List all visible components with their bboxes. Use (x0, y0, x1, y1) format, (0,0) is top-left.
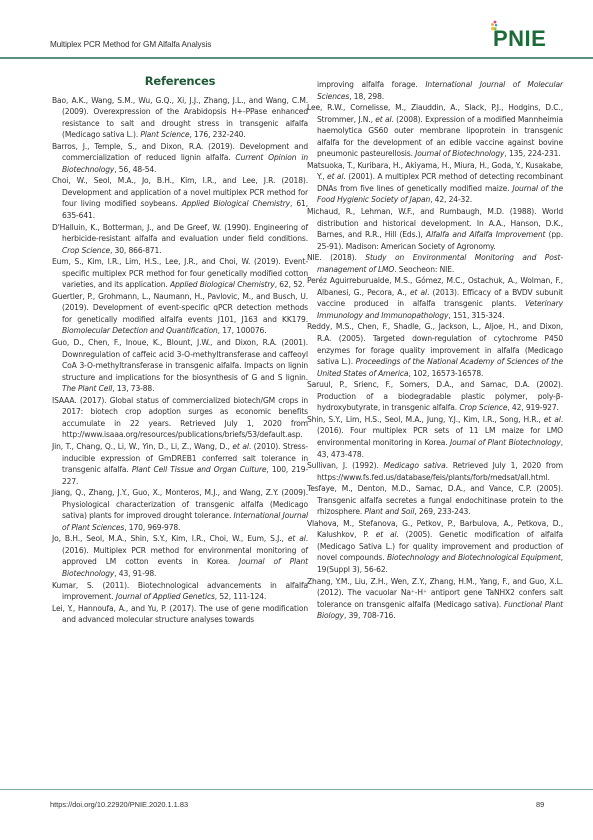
reference-italic-text: Plant Science (140, 130, 189, 139)
reference-entry: Saruul, P., Srienc, F., Somers, D.A., an… (307, 379, 563, 414)
reference-entry: Guo, D., Chen, F., Inoue, K., Blount, J.… (52, 337, 308, 395)
reference-italic-text: et al (327, 172, 343, 181)
reference-entry: Shin, S.Y., Lim, H.S., Seol, M.A., Jung,… (307, 414, 563, 460)
reference-italic-text: Crop Science (62, 246, 110, 255)
reference-text: Sullivan, J. (1992). (307, 461, 384, 470)
reference-italic-text: Medicago sativa (384, 461, 446, 470)
reference-text: , 42, 919-927. (507, 403, 558, 412)
reference-text: . Seocheon: NIE. (394, 265, 454, 274)
reference-entry: Jiang, Q., Zhang, J.Y., Guo, X., Montero… (52, 487, 308, 533)
reference-entry: Lee, R.W., Cornelisse, M., Ziauddin, A.,… (307, 102, 563, 160)
reference-entry: ISAAA. (2017). Global status of commerci… (52, 395, 308, 441)
reference-text: , 30, 866-871. (110, 246, 161, 255)
reference-text: Guo, D., Chen, F., Inoue, K., Blount, J.… (52, 338, 308, 382)
reference-italic-text: Journal of Applied Genetics (116, 592, 215, 601)
footer-rule (0, 789, 593, 790)
header-rule (0, 57, 593, 59)
reference-text: , 151, 315-324. (448, 311, 504, 320)
reference-text: , 17, 100076. (218, 326, 267, 335)
reference-entry: Jo, B.H., Seol, M.A., Shin, S.Y., Kim, I… (52, 533, 308, 579)
doi-link[interactable]: https://doi.org/10.22920/PNIE.2020.1.1.8… (50, 800, 188, 809)
reference-entry: Peréz Aguirreburualde, M.S., Gómez, M.C.… (307, 275, 563, 321)
reference-italic-text: Plant and Soil (364, 507, 414, 516)
reference-italic-text: et al (288, 534, 306, 543)
reference-entry: Michaud, R., Lehman, W.F., and Rumbaugh,… (307, 206, 563, 252)
reference-text: , 176, 232-240. (189, 130, 245, 139)
journal-logo: PNIE (487, 20, 547, 56)
reference-entry: Reddy, M.S., Chen, F., Shadle, G., Jacks… (307, 321, 563, 379)
references-column-right: improving alfalfa forage. International … (307, 79, 563, 622)
reference-entry: Jin, T., Chang, Q., Li, W., Yin, D., Li,… (52, 441, 308, 487)
section-title: References (52, 76, 308, 88)
reference-italic-text: et al (410, 288, 427, 297)
reference-italic-text: Alfalfa and Alfalfa Improvement (426, 230, 545, 239)
reference-entry: improving alfalfa forage. International … (307, 79, 563, 102)
reference-text: D'Halluin, K., Botterman, J., and De Gre… (52, 223, 308, 244)
reference-italic-text: Journal of Biotechnology (415, 149, 504, 158)
reference-entry: Tesfaye, M., Denton, M.D., Samac, D.A., … (307, 483, 563, 518)
reference-text: Jin, T., Chang, Q., Li, W., Yin, D., Li,… (52, 442, 232, 451)
reference-text: improving alfalfa forage. (317, 80, 425, 89)
reference-text: ISAAA. (2017). Global status of commerci… (52, 396, 308, 440)
reference-text: , 102, 16573-16578. (408, 369, 483, 378)
reference-italic-text: Applied Biological Chemistry (170, 280, 275, 289)
reference-text: Jo, B.H., Seol, M.A., Shin, S.Y., Kim, I… (52, 534, 288, 543)
reference-entry: Zhang, Y.M., Liu, Z.H., Wen, Z.Y., Zhang… (307, 576, 563, 622)
reference-entry: Guertler, P., Grohmann, L., Naumann, H.,… (52, 291, 308, 337)
reference-entry: Choi, W., Seol, M.A., Jo, B.H., Kim, I.R… (52, 175, 308, 221)
reference-text: Lei, Y., Hannoufa, A., and Yu, P. (2017)… (52, 604, 308, 625)
reference-entry: Matsuoka, T., Kuribara, H., Akiyama, H.,… (307, 160, 563, 206)
reference-italic-text: et al (544, 415, 561, 424)
reference-entry: Vlahova, M., Stefanova, G., Petkov, P., … (307, 518, 563, 576)
reference-text: NIE. (2018). (307, 253, 365, 262)
reference-italic-text: et al (376, 530, 397, 539)
reference-text: , 42, 24-32. (430, 195, 472, 204)
reference-italic-text: The Plant Cell (62, 384, 112, 393)
reference-italic-text: Biotechnology and Biotechnological Equip… (387, 553, 561, 562)
reference-entry: Kumar, S. (2011). Biotechnological advan… (52, 580, 308, 603)
reference-list-left: Bao, A.K., Wang, S.M., Wu, G.Q., Xi, J.J… (52, 95, 308, 626)
reference-entry: Barros, J., Temple, S., and Dixon, R.A. … (52, 141, 308, 176)
reference-entry: Lei, Y., Hannoufa, A., and Yu, P. (2017)… (52, 603, 308, 626)
reference-text: Guertler, P., Grohmann, L., Naumann, H.,… (52, 292, 308, 324)
reference-text: , 56, 48-54. (114, 165, 156, 174)
logo-text: PNIE (493, 26, 546, 52)
reference-text: , 135, 224-231. (504, 149, 560, 158)
reference-entry: Bao, A.K., Wang, S.M., Wu, G.Q., Xi, J.J… (52, 95, 308, 141)
reference-text: Shin, S.Y., Lim, H.S., Seol, M.A., Jung,… (307, 415, 544, 424)
reference-italic-text: Plant Cell Tissue and Organ Culture (132, 465, 267, 474)
running-title: Multiplex PCR Method for GM Alfalfa Anal… (50, 40, 211, 49)
reference-italic-text: Applied Biological Chemistry (182, 199, 290, 208)
reference-text: , 269, 233-243. (414, 507, 470, 516)
reference-italic-text: Crop Science (459, 403, 507, 412)
page-number: 89 (536, 800, 544, 809)
reference-italic-text: et al (375, 115, 391, 124)
reference-entry: Eum, S., Kim, I.R., Lim, H.S., Lee, J.R.… (52, 256, 308, 291)
reference-text: , 170, 969-978. (124, 523, 180, 532)
reference-list-right: improving alfalfa forage. International … (307, 79, 563, 622)
reference-entry: NIE. (2018). Study on Environmental Moni… (307, 252, 563, 275)
reference-italic-text: Journal of Plant Biotechnology (450, 438, 561, 447)
reference-italic-text: Biomolecular Detection and Quantificatio… (62, 326, 218, 335)
reference-text: , 39, 708-716. (344, 611, 395, 620)
reference-text: , 43, 91-98. (114, 569, 156, 578)
page-header: Multiplex PCR Method for GM Alfalfa Anal… (0, 0, 593, 58)
reference-text: , 13, 73-88. (112, 384, 154, 393)
reference-entry: Sullivan, J. (1992). Medicago sativa. Re… (307, 460, 563, 483)
reference-italic-text: et al (232, 442, 248, 451)
reference-text: , 18, 298. (349, 92, 384, 101)
reference-entry: D'Halluin, K., Botterman, J., and De Gre… (52, 222, 308, 257)
reference-text: , 62, 52. (275, 280, 305, 289)
reference-text: , 52, 111-124. (215, 592, 266, 601)
references-column-left: References Bao, A.K., Wang, S.M., Wu, G.… (52, 76, 308, 626)
